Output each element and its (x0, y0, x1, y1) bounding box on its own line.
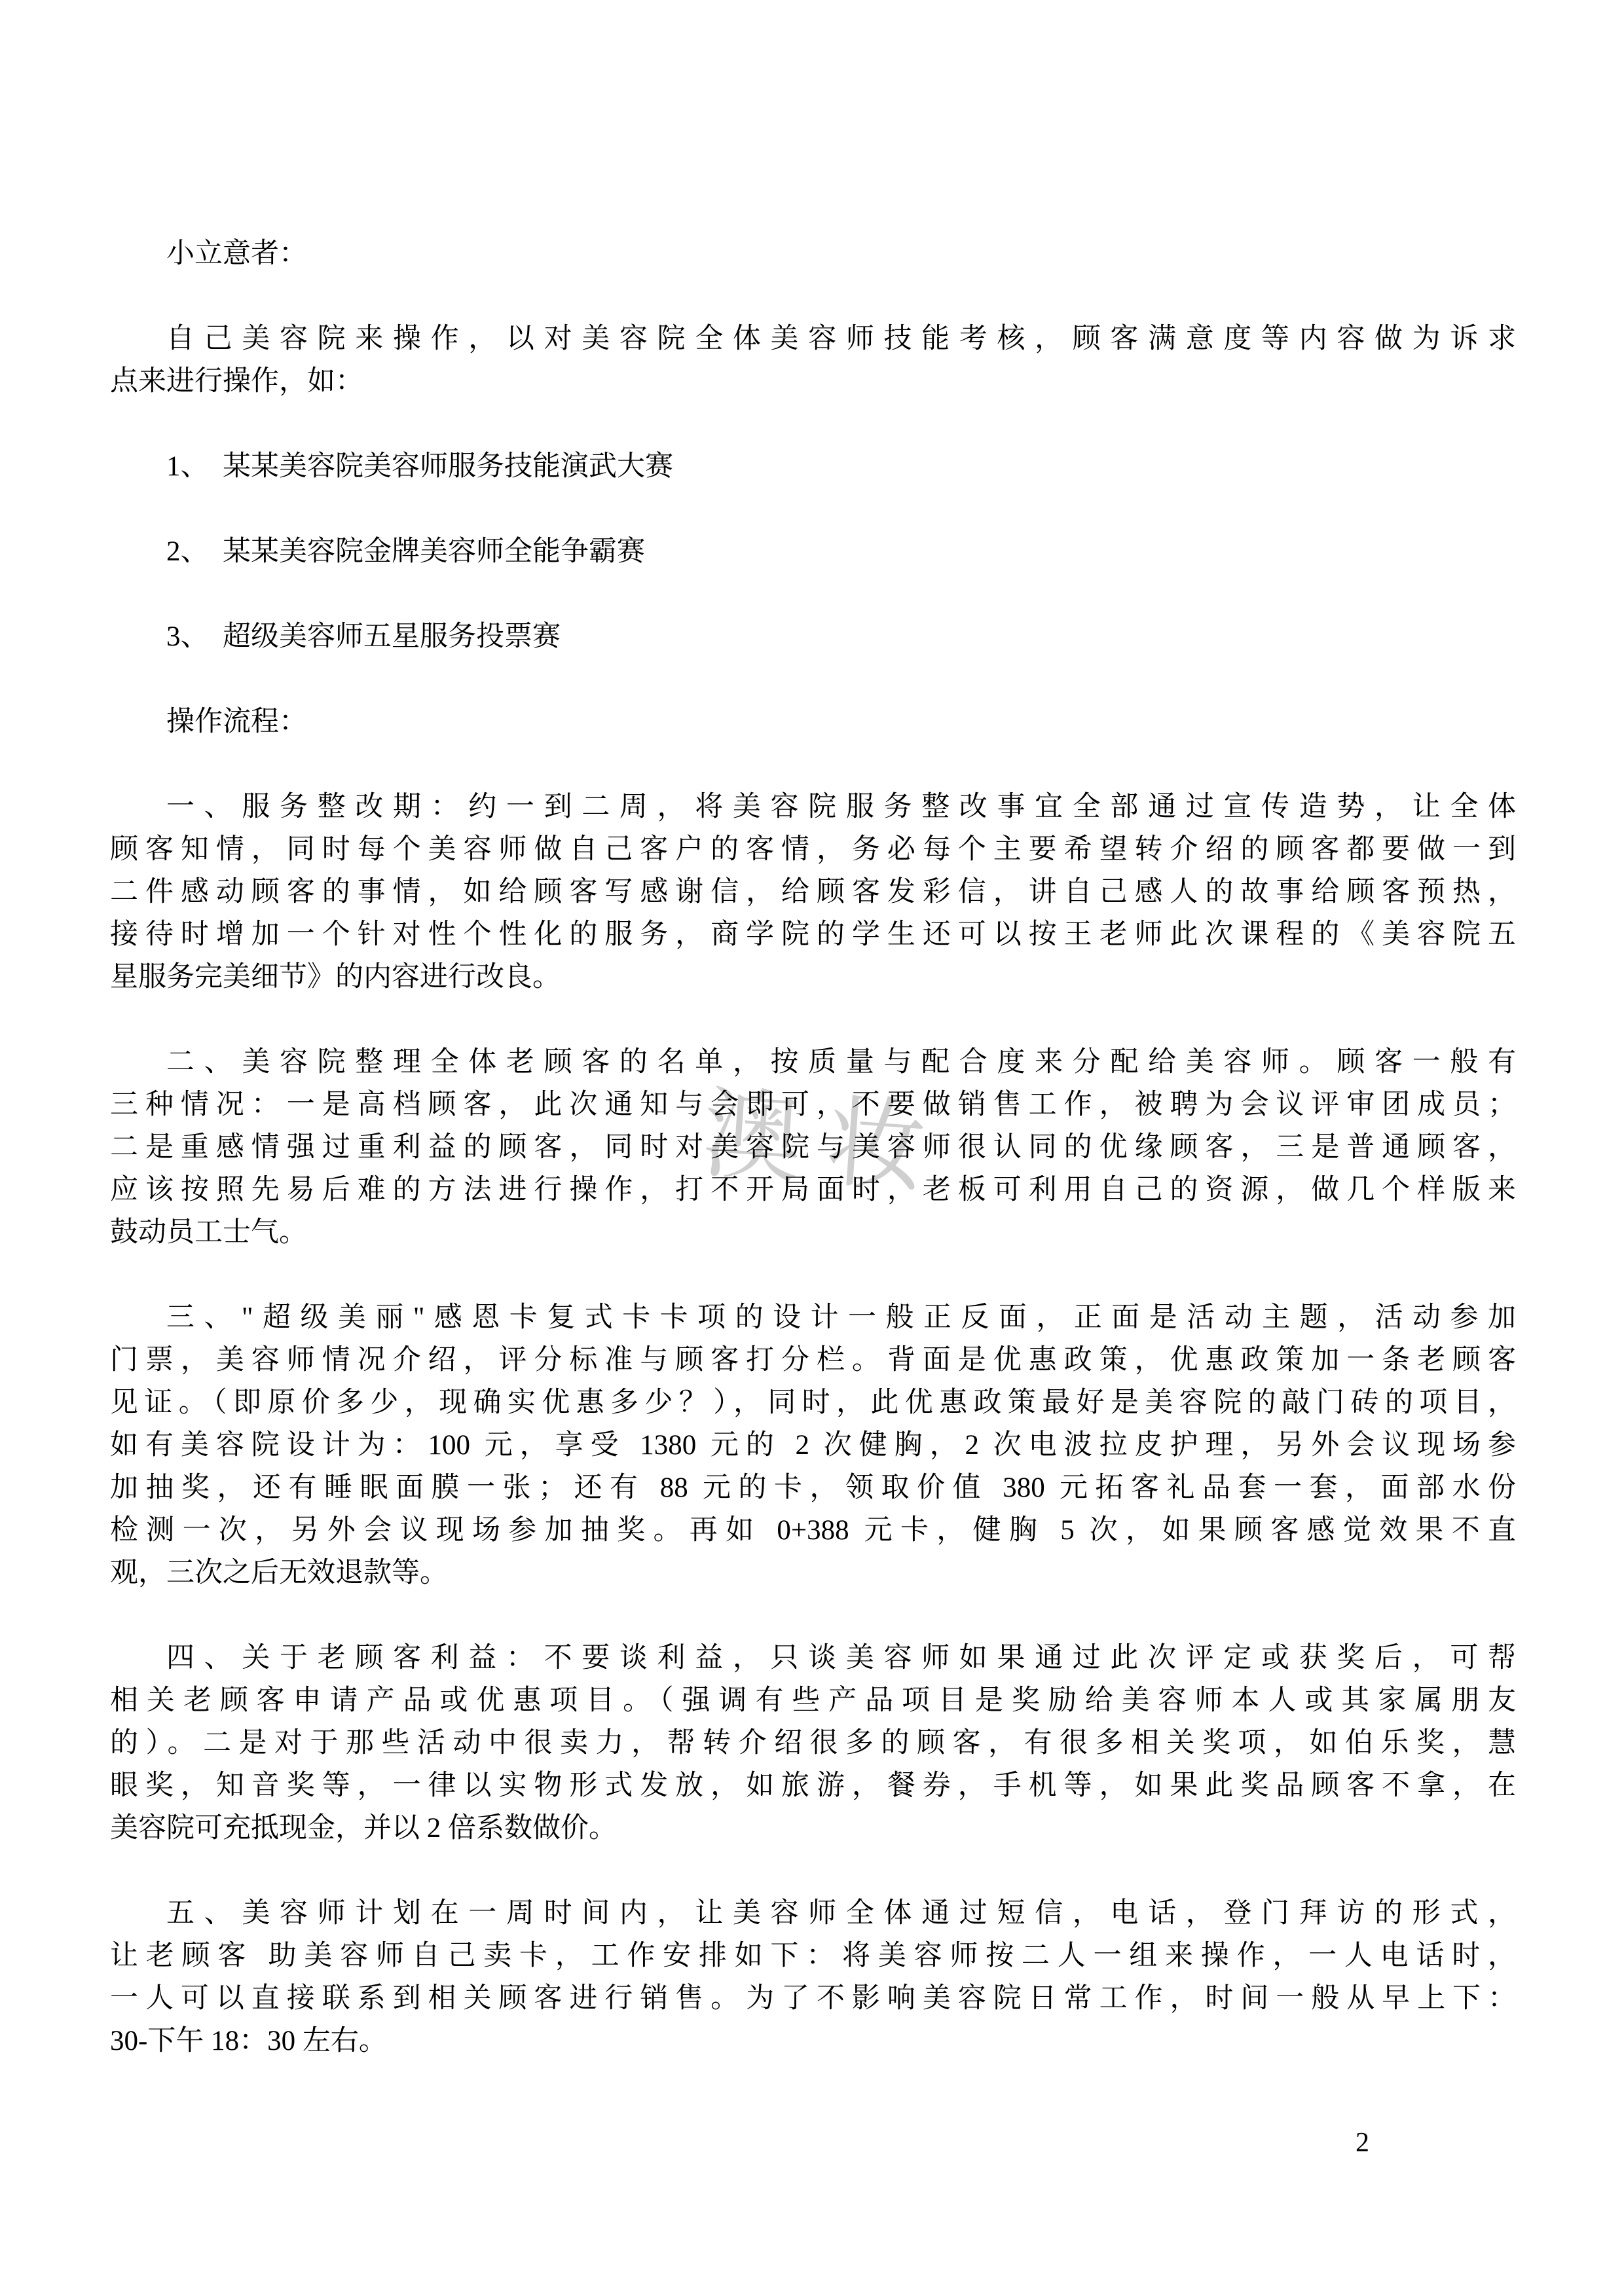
text-line: 二是重感情强过重利益的顾客，同时对美容院与美容师很认同的优缘顾客，三是普通顾客， (110, 1126, 1516, 1169)
text-line: 顾客知情，同时每个美容师做自己客户的客情，务必每个主要希望转介绍的顾客都要做一到 (110, 828, 1516, 871)
text-line: 美容院可充抵现金，并以 2 倍系数做价。 (110, 1807, 1516, 1850)
text-line: 3、 超级美容师五星服务投票赛 (110, 615, 1516, 658)
paragraph: 二、美容院整理全体老顾客的名单，按质量与配合度来分配给美容师。顾客一般有三种情况… (110, 1041, 1516, 1254)
text-line: 接待时增加一个针对性个性化的服务，商学院的学生还可以按王老师此次课程的《美容院五 (110, 913, 1516, 956)
text-line: 点来进行操作，如： (110, 360, 1516, 403)
text-line: 操作流程： (110, 701, 1516, 743)
text-line: 观，三次之后无效退款等。 (110, 1552, 1516, 1594)
paragraph: 四、关于老顾客利益：不要谈利益，只谈美容师如果通过此次评定或获奖后，可帮相关老顾… (110, 1637, 1516, 1850)
text-line: 30-下午 18：30 左右。 (110, 2020, 1516, 2062)
document-body: 小立意者：自己美容院来操作，以对美容院全体美容师技能考核，顾客满意度等内容做为诉… (110, 232, 1516, 2105)
text-line: 的）。二是对于那些活动中很卖力，帮转介绍很多的顾客，有很多相关奖项，如伯乐奖，慧 (110, 1722, 1516, 1764)
text-line: 鼓动员工士气。 (110, 1211, 1516, 1254)
text-line: 加抽奖，还有睡眠面膜一张；还有 88 元的卡，领取价值 380 元拓客礼品套一套… (110, 1467, 1516, 1509)
text-line: 小立意者： (110, 232, 1516, 275)
paragraph: 小立意者： (110, 232, 1516, 275)
text-line: 三、"超级美丽"感恩卡复式卡卡项的设计一般正反面，正面是活动主题，活动参加 (110, 1296, 1516, 1339)
paragraph: 自己美容院来操作，以对美容院全体美容师技能考核，顾客满意度等内容做为诉求点来进行… (110, 318, 1516, 403)
text-line: 2、 某某美容院金牌美容师全能争霸赛 (110, 530, 1516, 573)
text-line: 自己美容院来操作，以对美容院全体美容师技能考核，顾客满意度等内容做为诉求 (110, 318, 1516, 360)
paragraph: 1、 某某美容院美容师服务技能演武大赛 (110, 445, 1516, 488)
paragraph: 3、 超级美容师五星服务投票赛 (110, 615, 1516, 658)
text-line: 应该按照先易后难的方法进行操作，打不开局面时，老板可利用自己的资源，做几个样版来 (110, 1169, 1516, 1211)
paragraph: 五、美容师计划在一周时间内，让美容师全体通过短信，电话，登门拜访的形式，让老顾客… (110, 1892, 1516, 2062)
paragraph: 2、 某某美容院金牌美容师全能争霸赛 (110, 530, 1516, 573)
text-line: 门票，美容师情况介绍，评分标准与顾客打分栏。背面是优惠政策，优惠政策加一条老顾客 (110, 1339, 1516, 1381)
paragraph: 一、服务整改期：约一到二周，将美容院服务整改事宜全部通过宣传造势，让全体顾客知情… (110, 786, 1516, 998)
text-line: 眼奖，知音奖等，一律以实物形式发放，如旅游，餐券，手机等，如果此奖品顾客不拿，在 (110, 1764, 1516, 1807)
text-line: 见证。（即原价多少，现确实优惠多少？），同时，此优惠政策最好是美容院的敲门砖的项… (110, 1381, 1516, 1424)
text-line: 让老顾客 助美容师自己卖卡，工作安排如下：将美容师按二人一组来操作，一人电话时， (110, 1935, 1516, 1977)
text-line: 五、美容师计划在一周时间内，让美容师全体通过短信，电话，登门拜访的形式， (110, 1892, 1516, 1935)
text-line: 1、 某某美容院美容师服务技能演武大赛 (110, 445, 1516, 488)
text-line: 星服务完美细节》的内容进行改良。 (110, 956, 1516, 998)
text-line: 一人可以直接联系到相关顾客进行销售。为了不影响美容院日常工作，时间一般从早上下： (110, 1977, 1516, 2020)
page-number: 2 (1356, 2126, 1369, 2159)
text-line: 三种情况：一是高档顾客，此次通知与会即可，不要做销售工作，被聘为会议评审团成员； (110, 1084, 1516, 1126)
text-line: 相关老顾客申请产品或优惠项目。（强调有些产品项目是奖励给美容师本人或其家属朋友 (110, 1679, 1516, 1722)
text-line: 检测一次，另外会议现场参加抽奖。再如 0+388 元卡，健胸 5 次，如果顾客感… (110, 1509, 1516, 1552)
text-line: 如有美容院设计为：100 元，享受 1380 元的 2 次健胸，2 次电波拉皮护… (110, 1424, 1516, 1467)
text-line: 一、服务整改期：约一到二周，将美容院服务整改事宜全部通过宣传造势，让全体 (110, 786, 1516, 828)
text-line: 四、关于老顾客利益：不要谈利益，只谈美容师如果通过此次评定或获奖后，可帮 (110, 1637, 1516, 1679)
paragraph: 三、"超级美丽"感恩卡复式卡卡项的设计一般正反面，正面是活动主题，活动参加门票，… (110, 1296, 1516, 1594)
text-line: 二件感动顾客的事情，如给顾客写感谢信，给顾客发彩信，讲自己感人的故事给顾客预热， (110, 871, 1516, 913)
text-line: 二、美容院整理全体老顾客的名单，按质量与配合度来分配给美容师。顾客一般有 (110, 1041, 1516, 1084)
paragraph: 操作流程： (110, 701, 1516, 743)
document-page: 澳 妆 小立意者：自己美容院来操作，以对美容院全体美容师技能考核，顾客满意度等内… (0, 0, 1624, 2296)
